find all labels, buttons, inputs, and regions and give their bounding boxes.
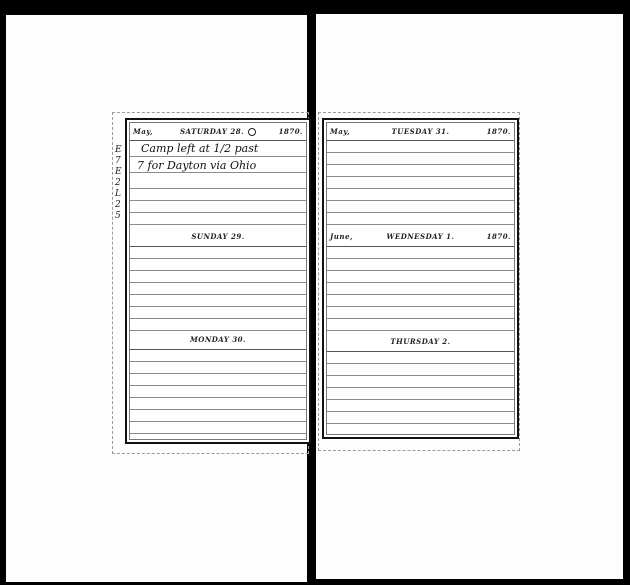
day-label: MONDAY 30. [133, 335, 303, 344]
wednesday-header: June, WEDNESDAY 1. 1870. [330, 230, 511, 244]
rule-line [327, 351, 514, 352]
rule-line [130, 373, 306, 374]
rule-line [327, 200, 514, 201]
day-label: WEDNESDAY 1. [330, 232, 511, 241]
rule-line [130, 349, 306, 350]
rule-line [327, 270, 514, 271]
rule-line [327, 246, 514, 247]
rule-line [130, 156, 306, 157]
rule-line [327, 411, 514, 412]
rule-line [327, 363, 514, 364]
rule-line [327, 318, 514, 319]
sunday-header: SUNDAY 29. [133, 230, 303, 244]
rule-line [130, 397, 306, 398]
rule-line [327, 375, 514, 376]
rule-line [130, 212, 306, 213]
moon-phase-icon [248, 128, 256, 136]
rule-line [327, 176, 514, 177]
rule-line [130, 421, 306, 422]
tuesday-header: May, TUESDAY 31. 1870. [330, 125, 511, 139]
right-diary-inner-border [326, 122, 515, 435]
rule-line [130, 246, 306, 247]
rule-line [130, 330, 306, 331]
rule-line [130, 270, 306, 271]
rule-line [130, 224, 306, 225]
left-diary-box: May, SATURDAY 28. 1870. Camp left at 1/2… [125, 118, 311, 444]
right-diary-box: May, TUESDAY 31. 1870. June, WEDNESDAY 1… [322, 118, 519, 439]
rule-line [130, 282, 306, 283]
rule-line [327, 306, 514, 307]
handwritten-entry-line-2: 7 for Dayton via Ohio [137, 159, 256, 172]
rule-line [327, 164, 514, 165]
rule-line [327, 140, 514, 141]
rule-line [130, 361, 306, 362]
thursday-header: THURSDAY 2. [330, 335, 511, 349]
rule-line [327, 224, 514, 225]
handwritten-entry-line-1: Camp left at 1/2 past [141, 142, 258, 155]
day-label: TUESDAY 31. [330, 127, 511, 136]
year-label: 1870. [279, 127, 303, 136]
rule-line [130, 294, 306, 295]
rule-line [327, 423, 514, 424]
rule-line [130, 188, 306, 189]
monday-header: MONDAY 30. [133, 333, 303, 347]
rule-line [327, 282, 514, 283]
day-label: SATURDAY 28. [180, 127, 244, 136]
day-label: THURSDAY 2. [330, 337, 511, 346]
rule-line [327, 387, 514, 388]
rule-line [130, 200, 306, 201]
day-label: SUNDAY 29. [133, 232, 303, 241]
rule-line [130, 433, 306, 434]
year-label: 1870. [487, 232, 511, 241]
rule-line [130, 172, 306, 173]
rule-line [327, 330, 514, 331]
rule-line [130, 258, 306, 259]
rule-line [130, 385, 306, 386]
rule-line [130, 140, 306, 141]
rule-line [130, 318, 306, 319]
rule-line [130, 306, 306, 307]
rule-line [130, 409, 306, 410]
margin-annotations: E 7 E 2 L 2 5 [115, 145, 122, 222]
rule-line [327, 188, 514, 189]
rule-line [327, 258, 514, 259]
rule-line [327, 294, 514, 295]
saturday-header: May, SATURDAY 28. 1870. [133, 125, 303, 139]
year-label: 1870. [487, 127, 511, 136]
rule-line [327, 212, 514, 213]
rule-line [327, 152, 514, 153]
rule-line [327, 399, 514, 400]
